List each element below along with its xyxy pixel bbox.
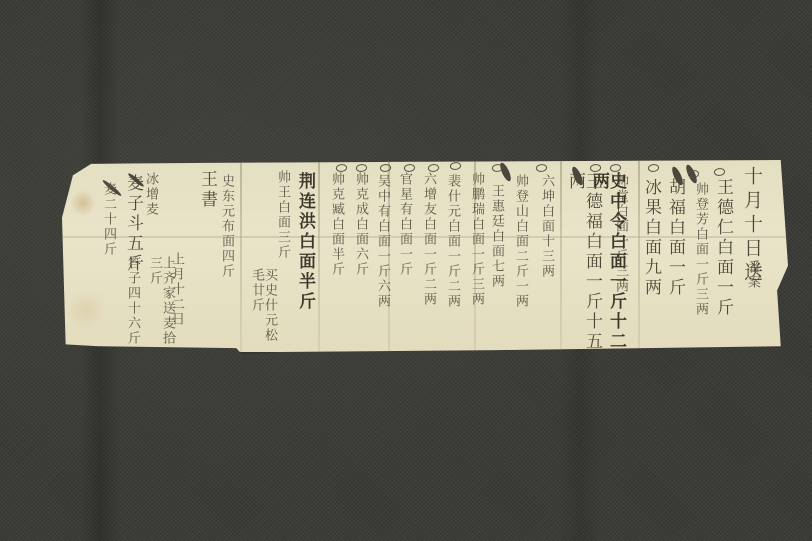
ledger-entry: 六坤白面十三两	[540, 174, 553, 279]
water-stain	[66, 290, 106, 330]
vertical-crease	[560, 160, 562, 352]
check-mark	[647, 162, 660, 173]
ledger-entry: 荆连洪白面半斤	[296, 172, 313, 312]
water-stain	[70, 190, 96, 216]
vertical-crease	[638, 160, 640, 352]
vertical-crease	[318, 160, 320, 352]
manuscript-paper: 十月十日送 番案 王德仁白面一斤 帅登芳白面一斤三两 胡福白面一斤 冰果白面九两…	[62, 160, 788, 352]
ledger-entry: 胡福白面一斤	[666, 178, 683, 298]
check-mark	[379, 162, 392, 173]
ledger-date: 史东元布面四斤	[220, 174, 233, 279]
vertical-crease	[240, 160, 242, 352]
ledger-entry: 官星有白面一斤	[398, 172, 411, 277]
ledger-entry: 上齐家送麦拾三斤	[148, 256, 174, 352]
check-mark	[535, 162, 548, 173]
check-mark	[713, 166, 726, 177]
ledger-entry: 吴中有白面一斤六两	[376, 174, 389, 309]
ledger-entry: 冰增麦	[144, 172, 157, 217]
ledger-entry: 王德福白面一斤十五两	[566, 172, 600, 352]
ledger-entry: 六增友白面一斤二两	[422, 172, 435, 307]
ledger-entry: 裴什元白面一斤二两	[446, 174, 459, 309]
ledger-entry: 帅登山白面二斤一两	[514, 174, 527, 309]
ledger-entry: 麦二十四斤	[102, 182, 115, 257]
header-note: 番案	[746, 260, 759, 290]
ledger-entry: 王德仁白面一斤	[714, 178, 731, 318]
ledger-entry: 麦子斗五斤	[124, 174, 141, 274]
ledger-entry: 帅王白面三斤	[276, 170, 289, 260]
ledger-entry: 王惠廷白面七两	[490, 184, 503, 289]
ledger-entry: 帅克成白面六斤	[354, 172, 367, 277]
ledger-entry: 买史什元松毛廿斤	[250, 268, 276, 352]
ledger-entry: 帅鹏瑞白面一斤三两	[470, 172, 483, 307]
ledger-entry: 帅登芳白面一斤三两	[694, 182, 707, 317]
ledger-entry: 冰果白面九两	[642, 178, 659, 298]
ledger-entry: 帅克臧白面半斤	[330, 172, 343, 277]
check-mark	[449, 160, 462, 171]
ledger-entry: 王書	[198, 170, 215, 210]
